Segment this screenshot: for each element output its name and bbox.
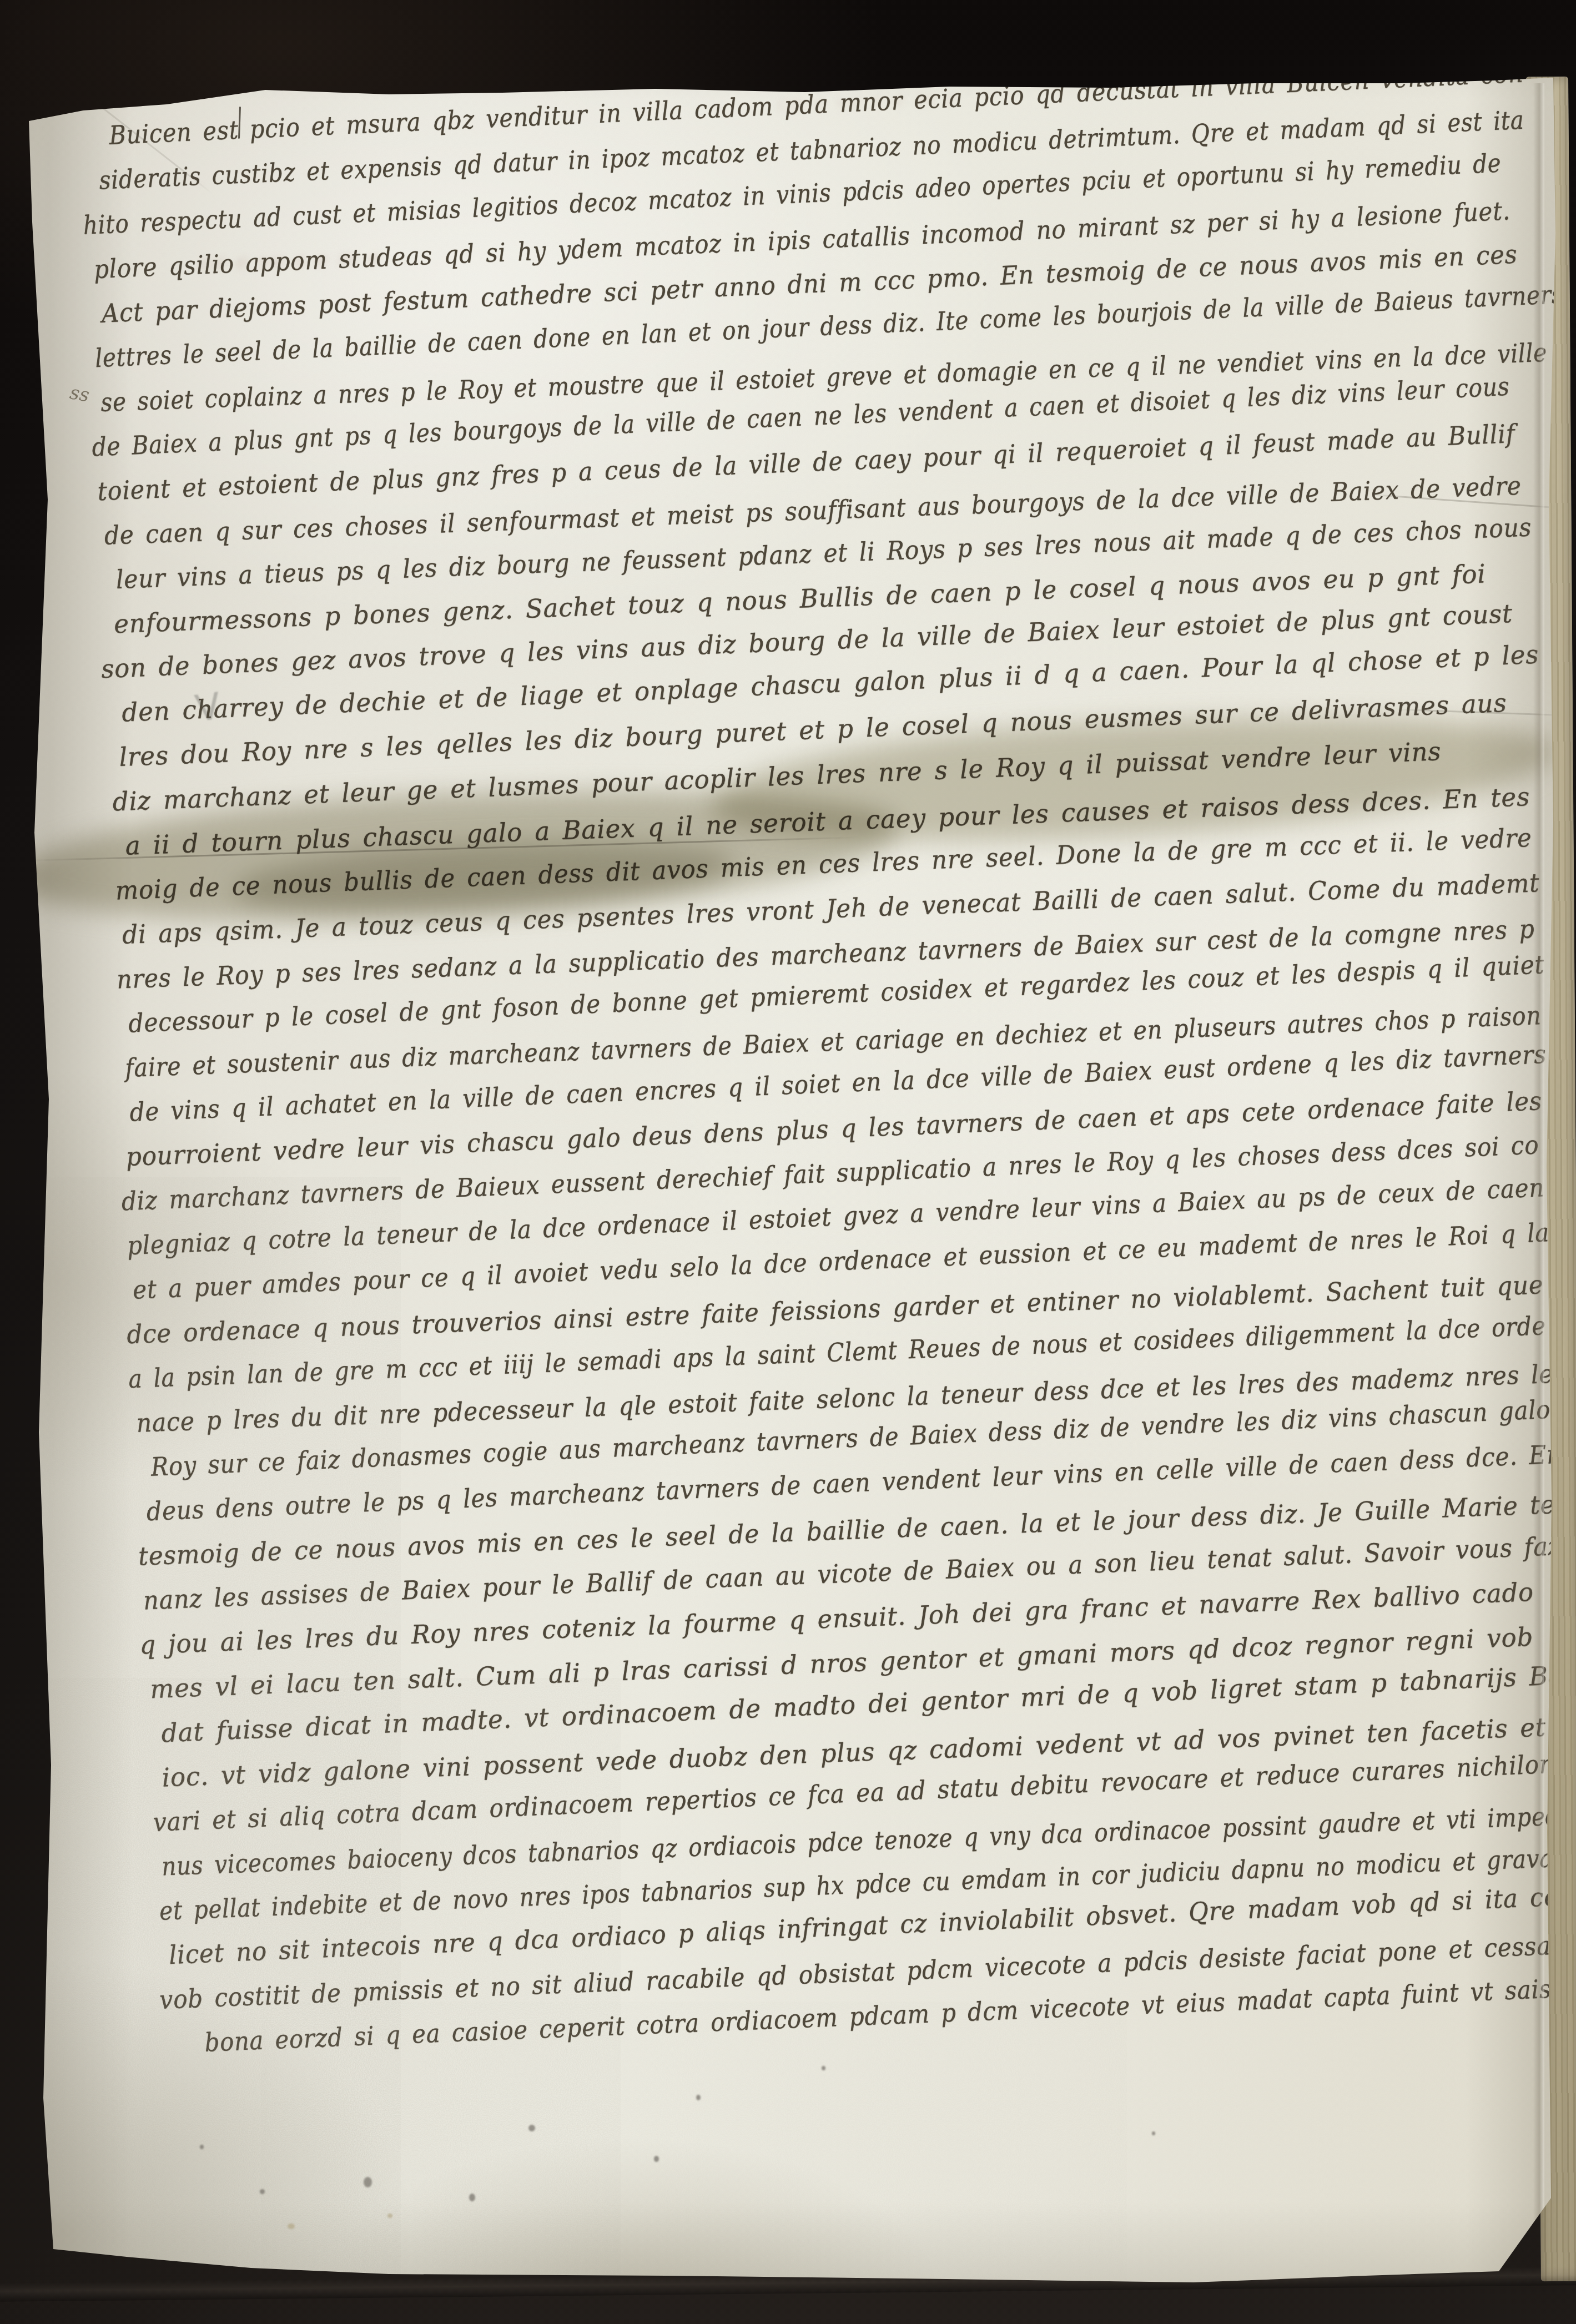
photo-background: ce e ve s e m e ce e ve s e m e ss V Bui…	[0, 0, 1576, 2324]
ink-spot	[260, 2189, 265, 2194]
stain-spot	[288, 2224, 295, 2229]
ink-spot	[528, 2125, 535, 2131]
stain-spot	[387, 2214, 392, 2218]
ink-spot	[364, 2177, 372, 2187]
ink-spot	[200, 2145, 204, 2149]
ink-spot	[696, 2095, 701, 2100]
ink-spot	[1152, 2131, 1155, 2135]
margin-ink-mark: ss	[68, 381, 91, 406]
manuscript-text: Buicen est pcio et msura qbz venditur in…	[79, 57, 1576, 2066]
right-fold-shadow	[1533, 83, 1544, 2265]
ink-spot	[822, 2066, 825, 2070]
ink-spot	[654, 2156, 659, 2162]
parchment-page: ce e ve s e m e ce e ve s e m e ss V Bui…	[0, 0, 1576, 2324]
ink-spot	[469, 2194, 475, 2201]
